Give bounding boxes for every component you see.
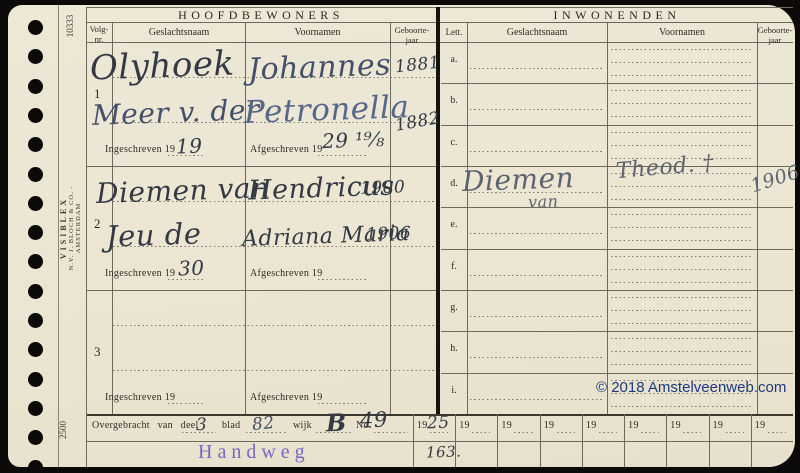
dotted-line: [611, 351, 754, 352]
dotted-leader: [641, 432, 659, 433]
handwriting-firstname: Petronella: [243, 89, 410, 131]
row-letter: b.: [443, 95, 465, 106]
afgeschreven-label: Afgeschreven 19: [250, 144, 323, 155]
dotted-line: [113, 370, 435, 371]
handwriting-surname: Olyhoek: [89, 43, 235, 88]
punch-hole: [28, 313, 43, 328]
dotted-leader: [472, 432, 490, 433]
grid-line-v: [666, 414, 667, 467]
year-prefix: 19: [586, 420, 597, 431]
archive-card-scan: 10333 VISIBLEX N.V. J. BLOCH & CO. - AMS…: [0, 0, 800, 473]
dotted-line: [611, 269, 754, 270]
handwriting-blad: 82: [251, 413, 276, 435]
col-header-lett: Lett.: [441, 28, 467, 38]
dotted-line: [113, 325, 435, 326]
row-letter: c.: [443, 137, 465, 148]
grid-line-h: [441, 125, 793, 126]
row-letter: e.: [443, 219, 465, 230]
handwriting-deel: 3: [196, 415, 208, 435]
col-header-geboortejaar-right-line1: Geboorte-: [755, 25, 795, 35]
dotted-line: [611, 116, 754, 117]
col-header-geboortejaar-right-line2: jaar: [755, 35, 795, 45]
grid-line-v: [709, 414, 710, 467]
dotted-leader: [374, 432, 408, 433]
grid-line-v: [58, 5, 59, 467]
dotted-leader: [168, 403, 206, 404]
wijk-label: wijk: [293, 420, 312, 431]
dotted-line: [470, 357, 603, 358]
handwriting-surname: Meer v. der: [91, 93, 260, 132]
ingeschreven-label: Ingeschreven 19: [105, 144, 175, 155]
col-header-geslachtsnaam-right: Geslachtsnaam: [467, 27, 607, 38]
punch-hole: [28, 108, 43, 123]
col-header-geboortejaar-right: Geboorte- jaar: [755, 25, 795, 45]
handwriting-ingeschreven-year: 19: [176, 134, 203, 159]
dotted-line: [611, 282, 754, 283]
dotted-leader: [683, 432, 701, 433]
year-prefix: 19: [628, 420, 639, 431]
row-letter: g.: [443, 302, 465, 313]
dotted-line: [611, 227, 754, 228]
col-header-volgnr-line2: nr.: [86, 34, 112, 44]
handwriting-afgeschreven-date: 29 ¹⁹⁄₈: [322, 127, 386, 153]
dotted-line: [470, 316, 603, 317]
col-header-voornamen: Voornamen: [245, 27, 390, 38]
overgebracht-label: Overgebracht van deel: [92, 420, 199, 431]
dotted-line: [611, 393, 754, 394]
grid-line-h: [441, 83, 793, 84]
section-title-hoofdbewoners: HOOFDBEWONERS: [86, 8, 436, 23]
grid-line-h: [441, 290, 793, 291]
blad-label: blad: [222, 420, 240, 431]
handwriting-ingeschreven-year: 30: [178, 256, 205, 281]
ingeschreven-label: Ingeschreven 19: [105, 392, 175, 403]
dotted-line: [611, 186, 754, 187]
row-letter: a.: [443, 54, 465, 65]
grid-line-v: [455, 414, 456, 467]
handwriting-surname: Jeu de: [105, 216, 202, 253]
dotted-line: [611, 145, 754, 146]
col-header-geslachtsnaam: Geslachtsnaam: [113, 27, 245, 38]
street-stamp: Handweg: [198, 441, 308, 464]
punch-hole: [28, 167, 43, 182]
punch-hole: [28, 196, 43, 211]
dotted-leader: [318, 403, 366, 404]
row-letter: d.: [443, 178, 465, 189]
handwriting-year: 25: [427, 413, 450, 434]
dotted-line: [611, 310, 754, 311]
dotted-line: [470, 192, 603, 193]
grid-line-v: [413, 414, 414, 467]
dotted-line: [611, 49, 754, 50]
printer-brand: VISIBLEX N.V. J. BLOCH & CO. - AMSTERDAM: [59, 163, 79, 293]
handwriting-wijk: B: [326, 408, 348, 438]
dotted-line: [470, 151, 603, 152]
grid-line-v: [540, 414, 541, 467]
dotted-line: [611, 90, 754, 91]
grid-line-v: [86, 7, 87, 467]
punch-hole: [28, 460, 43, 473]
col-header-volgnr: Volg- nr.: [86, 24, 112, 44]
grid-line-v: [582, 414, 583, 467]
handwriting-no: 49: [360, 408, 389, 433]
punch-hole: [28, 372, 43, 387]
year-prefix: 19: [544, 420, 555, 431]
grid-line-v: [751, 414, 752, 467]
grid-line-h: [441, 331, 793, 332]
handwriting-surname: Diemen van: [95, 171, 270, 210]
serial-number-top: 10333: [65, 6, 75, 46]
row-number: 2: [94, 216, 101, 232]
dotted-line: [611, 338, 754, 339]
dotted-line: [611, 240, 754, 241]
handwriting-surname-prefix: van: [528, 191, 559, 211]
dotted-line: [470, 109, 603, 110]
col-header-geboortejaar-line2: jaar: [388, 35, 436, 45]
dotted-line: [611, 406, 754, 407]
grid-line-h: [86, 441, 793, 442]
grid-line-h: [441, 373, 793, 374]
grid-line-h: [441, 249, 793, 250]
dotted-line: [611, 103, 754, 104]
dotted-line: [611, 75, 754, 76]
grid-line-h: [441, 207, 793, 208]
grid-line-v: [757, 22, 758, 414]
col-header-volgnr-line1: Volg-: [86, 24, 112, 34]
dotted-line: [470, 399, 603, 400]
year-prefix: 19: [713, 420, 724, 431]
punch-hole: [28, 401, 43, 416]
dotted-line: [611, 158, 754, 159]
grid-line-v: [607, 22, 608, 414]
handwriting-firstname: Johannes: [247, 48, 391, 88]
dotted-leader: [318, 279, 366, 280]
dotted-line: [611, 199, 754, 200]
dotted-leader: [318, 155, 366, 156]
dotted-line: [611, 323, 754, 324]
grid-line-v: [245, 22, 246, 414]
dotted-line: [611, 256, 754, 257]
col-header-geboortejaar: Geboorte- jaar: [388, 25, 436, 45]
dotted-leader: [726, 432, 744, 433]
dotted-line: [611, 173, 754, 174]
row-number: 3: [94, 344, 101, 360]
dotted-leader: [557, 432, 575, 433]
dotted-line: [470, 275, 603, 276]
dotted-leader: [768, 432, 786, 433]
row-letter: i.: [443, 385, 465, 396]
col-header-geboortejaar-line1: Geboorte-: [388, 25, 436, 35]
grid-line-v: [467, 22, 468, 414]
grid-line-h: [86, 290, 437, 291]
handwriting-birthyear: 1900: [360, 177, 406, 199]
handwriting-note: 163.: [426, 442, 462, 461]
dotted-line: [611, 364, 754, 365]
dotted-line: [611, 214, 754, 215]
punch-hole: [28, 225, 43, 240]
year-prefix: 19: [755, 420, 766, 431]
year-prefix: 19: [501, 420, 512, 431]
grid-line-h: [86, 166, 437, 167]
serial-number-bottom: 2500: [58, 412, 68, 448]
punch-hole: [28, 284, 43, 299]
handwriting-birthyear: 1906: [366, 223, 412, 245]
dotted-line: [611, 380, 754, 381]
col-header-voornamen-right: Voornamen: [607, 27, 757, 38]
dotted-line: [470, 233, 603, 234]
punch-hole: [28, 79, 43, 94]
row-letter: h.: [443, 343, 465, 354]
afgeschreven-label: Afgeschreven 19: [250, 392, 323, 403]
grid-line-v: [624, 414, 625, 467]
year-prefix: 19: [459, 420, 470, 431]
grid-line-h: [441, 166, 793, 167]
row-letter: f.: [443, 261, 465, 272]
year-prefix: 19: [670, 420, 681, 431]
punch-hole: [28, 20, 43, 35]
afgeschreven-label: Afgeschreven 19: [250, 268, 323, 279]
dotted-leader: [599, 432, 617, 433]
brand-subtitle: N.V. J. BLOCH & CO. - AMSTERDAM: [68, 163, 82, 293]
dotted-line: [611, 62, 754, 63]
dotted-leader: [514, 432, 532, 433]
dotted-line: [470, 68, 603, 69]
brand-name: VISIBLEX: [59, 163, 68, 293]
grid-line-v: [497, 414, 498, 467]
dotted-line: [611, 132, 754, 133]
dotted-line: [611, 297, 754, 298]
ingeschreven-label: Ingeschreven 19: [105, 268, 175, 279]
section-title-inwonenden: INWONENDEN: [441, 8, 793, 23]
